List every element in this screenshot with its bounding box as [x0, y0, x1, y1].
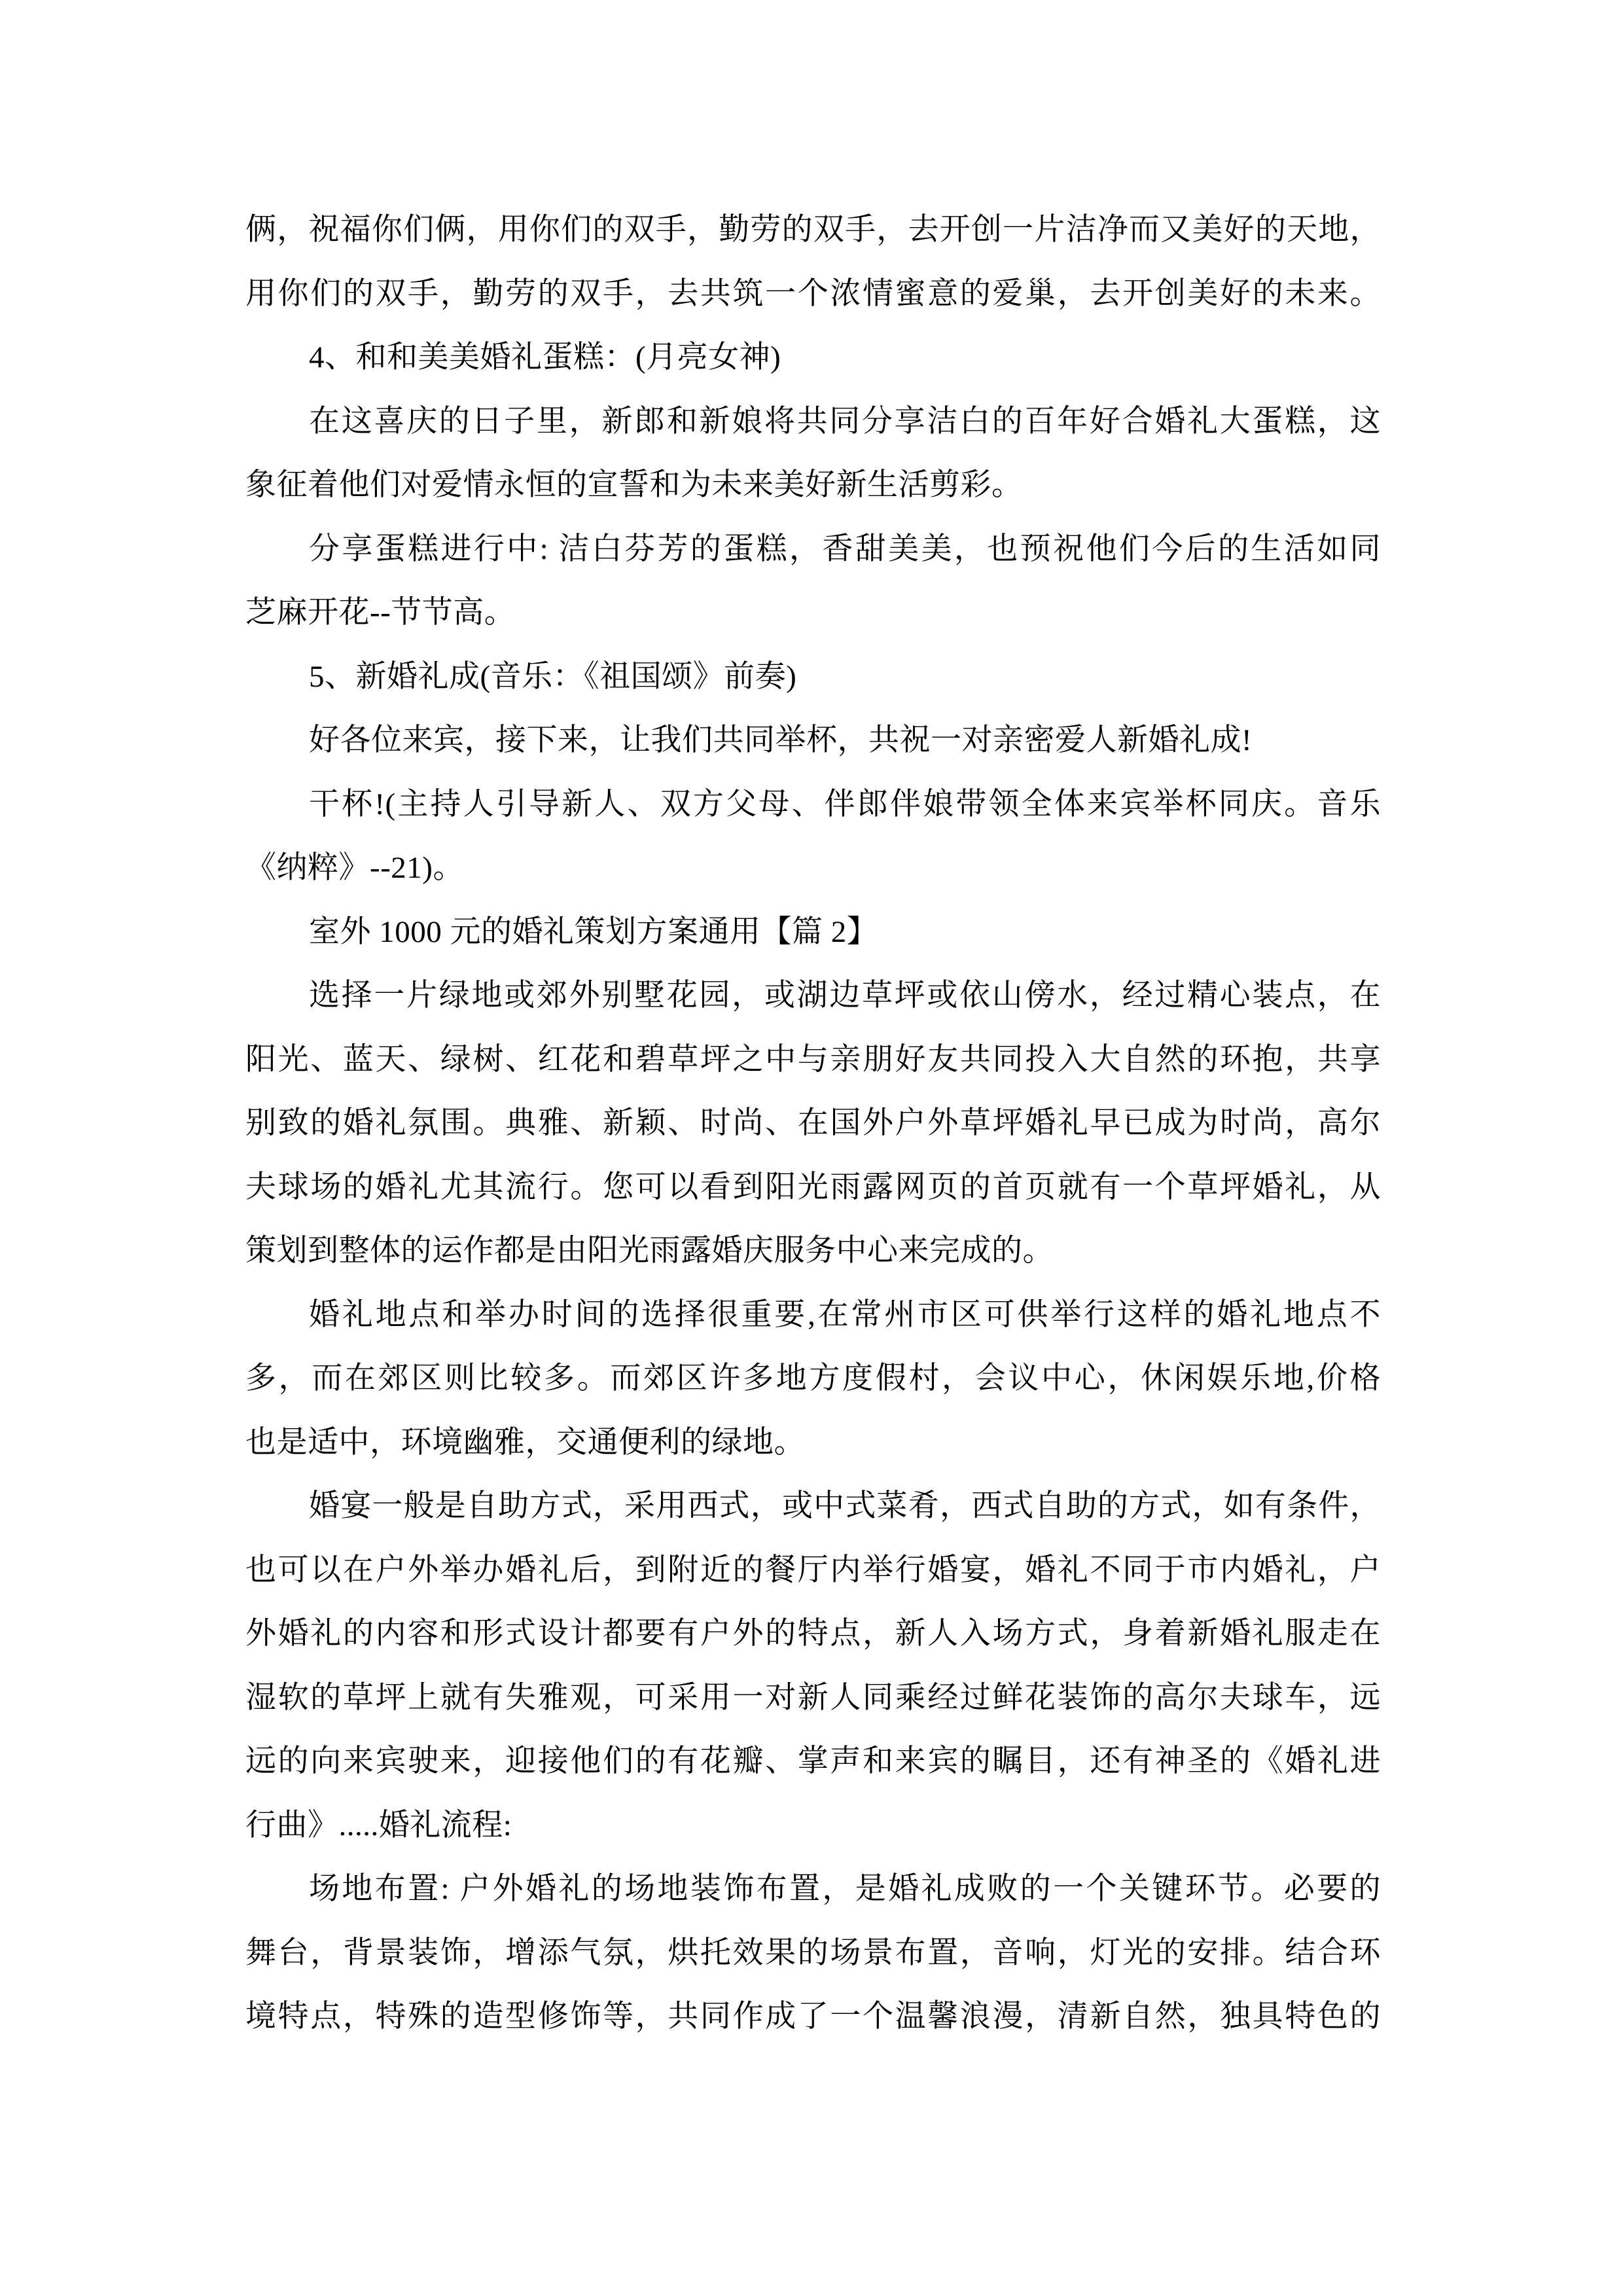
text-line: 多，而在郊区则比较多。而郊区许多地方度假村，会议中心，休闲娱乐地,价格 [245, 1347, 1381, 1411]
text-line: 婚礼地点和举办时间的选择很重要,在常州市区可供举行这样的婚礼地点不 [245, 1283, 1381, 1348]
text-line: 在这喜庆的日子里，新郎和新娘将共同分享洁白的百年好合婚礼大蛋糕，这 [245, 390, 1381, 454]
text-line: 夫球场的婚礼尤其流行。您可以看到阳光雨露网页的首页就有一个草坪婚礼，从 [245, 1156, 1381, 1220]
text-line: 分享蛋糕进行中: 洁白芬芳的蛋糕，香甜美美，也预祝他们今后的生活如同 [245, 518, 1381, 582]
text-line: 远的向来宾驶来，迎接他们的有花瓣、掌声和来宾的瞩目，还有神圣的《婚礼进 [245, 1730, 1381, 1794]
text-line: 外婚礼的内容和形式设计都要有户外的特点，新人入场方式，身着新婚礼服走在 [245, 1602, 1381, 1666]
text-line: 别致的婚礼氛围。典雅、新颖、时尚、在国外户外草坪婚礼早已成为时尚，高尔 [245, 1092, 1381, 1156]
text-line: 用你们的双手，勤劳的双手，去共筑一个浓情蜜意的爱巢，去开创美好的未来。 [245, 262, 1381, 327]
text-line: 5、新婚礼成(音乐：《祖国颂》前奏) [245, 645, 1381, 709]
text-line: 芝麻开花--节节高。 [245, 581, 1381, 645]
text-line: 俩，祝福你们俩，用你们的双手，勤劳的双手，去开创一片洁净而又美好的天地， [245, 198, 1381, 262]
text-line: 策划到整体的运作都是由阳光雨露婚庆服务中心来完成的。 [245, 1219, 1381, 1283]
text-line: 行曲》.....婚礼流程: [245, 1794, 1381, 1858]
text-line: 《纳粹》--21)。 [245, 836, 1381, 901]
text-line: 室外 1000 元的婚礼策划方案通用【篇 2】 [245, 901, 1381, 965]
text-line: 干杯!(主持人引导新人、双方父母、伴郎伴娘带领全体来宾举杯同庆。音乐 [245, 773, 1381, 837]
text-line: 选择一片绿地或郊外别墅花园，或湖边草坪或依山傍水，经过精心装点，在 [245, 964, 1381, 1028]
text-line: 4、和和美美婚礼蛋糕：(月亮女神) [245, 326, 1381, 390]
text-line: 象征着他们对爱情永恒的宣誓和为未来美好新生活剪彩。 [245, 454, 1381, 518]
text-line: 场地布置: 户外婚礼的场地装饰布置，是婚礼成败的一个关键环节。必要的 [245, 1857, 1381, 1922]
text-line: 湿软的草坪上就有失雅观，可采用一对新人同乘经过鲜花装饰的高尔夫球车，远 [245, 1666, 1381, 1731]
text-line: 也是适中，环境幽雅，交通便利的绿地。 [245, 1411, 1381, 1475]
text-line: 婚宴一般是自助方式，采用西式，或中式菜肴，西式自助的方式，如有条件， [245, 1475, 1381, 1539]
document-page: 俩，祝福你们俩，用你们的双手，勤劳的双手，去开创一片洁净而又美好的天地， 用你们… [0, 0, 1623, 2296]
text-line: 境特点，特殊的造型修饰等，共同作成了一个温馨浪漫，清新自然，独具特色的 [245, 1985, 1381, 2049]
text-line: 好各位来宾，接下来，让我们共同举杯，共祝一对亲密爱人新婚礼成! [245, 709, 1381, 773]
text-line: 也可以在户外举办婚礼后，到附近的餐厅内举行婚宴，婚礼不同于市内婚礼，户 [245, 1539, 1381, 1603]
text-line: 阳光、蓝天、绿树、红花和碧草坪之中与亲朋好友共同投入大自然的环抱，共享 [245, 1028, 1381, 1092]
text-line: 舞台，背景装饰，增添气氛，烘托效果的场景布置，音响，灯光的安排。结合环 [245, 1922, 1381, 1986]
document-content: 俩，祝福你们俩，用你们的双手，勤劳的双手，去开创一片洁净而又美好的天地， 用你们… [245, 198, 1381, 2049]
